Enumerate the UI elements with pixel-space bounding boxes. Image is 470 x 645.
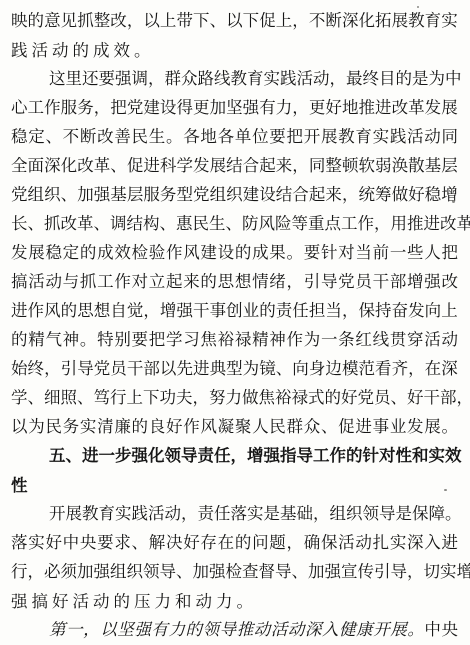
text-line: 这里还要强调，群众路线教育实践活动，最终目的是为中 — [11, 65, 458, 94]
text-line: 的精气神。特别要把学习焦裕禄精神作为一条红线贯穿活动 — [11, 326, 458, 355]
text-line: 开展教育实践活动，责任落实是基础，组织领导是保障。 — [11, 500, 458, 529]
text-line: 全面深化改革、促进科学发展结合起来，同整顿软弱涣散基层 — [11, 152, 458, 181]
text-line: 发展稳定的成效检验作风建设的成果。要针对当前一些人把 — [11, 239, 458, 268]
text-line: 党组织、加强基层服务型党组织建设结合起来，统筹做好稳增 — [11, 181, 458, 210]
scan-speck — [444, 489, 447, 491]
text-line: 长、抓改革、调结构、惠民生、防风险等重点工作，用推进改革 — [11, 210, 458, 239]
section-heading-line: 五、进一步强化领导责任，增强指导工作的针对性和实效 — [11, 442, 458, 471]
text-line: 强搞好活动的压力和动力。 — [11, 587, 458, 616]
document-page: 映的意见抓整改，以上带下、以下促上，不断深化拓展教育实 践活动的成效。 这里还要… — [0, 0, 470, 645]
text-line: 行，必须加强组织领导、加强检查督导、加强宣传引导，切实增 — [11, 558, 458, 587]
text-line: 学、细照、笃行上下功夫，努力做焦裕禄式的好党员、好干部， — [11, 384, 458, 413]
text-line: 践活动的成效。 — [11, 36, 458, 65]
text-line: 映的意见抓整改，以上带下、以下促上，不断深化拓展教育实 — [11, 7, 458, 36]
scan-speck — [417, 6, 419, 8]
text-line: 搞活动与抓工作对立起来的思想情绪，引导党员干部增强改 — [11, 268, 458, 297]
text-line: 以为民务实清廉的良好作风凝聚人民群众、促进事业发展。 — [11, 413, 458, 442]
text-line: 始终，引导党员干部以先进典型为镜、向身边模范看齐，在深 — [11, 355, 458, 384]
text-line: 心工作服务，把党建设得更加坚强有力，更好地推进改革发展 — [11, 94, 458, 123]
text-line: 稳定、不断改善民生。各地各单位要把开展教育实践活动同 — [11, 123, 458, 152]
text-line: 第一，以坚强有力的领导推动活动深入健康开展。中央 — [11, 616, 458, 645]
scan-speck — [452, 200, 455, 203]
text-line: 落实好中央要求、解决好存在的问题，确保活动扎实深入进 — [11, 529, 458, 558]
text-line: 进作风的思想自觉，增强干事创业的责任担当，保持奋发向上 — [11, 297, 458, 326]
section-heading-line: 性 — [11, 471, 458, 500]
scan-speck — [446, 542, 449, 545]
